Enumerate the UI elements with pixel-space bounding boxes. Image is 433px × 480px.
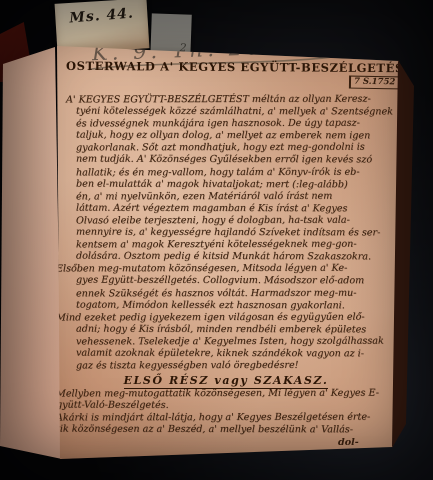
page-title: OSTERWALD A' KEGYES EGYÜTT-BESZÉLGETÉSRŐ… (66, 59, 396, 75)
page-number: 1. (364, 43, 374, 54)
body-line: én, a' mi nyelvünkön, ezen Matériáról va… (76, 190, 396, 203)
body-text: A' KEGYES EGYÜTT-BESZÉLGETÉST méltán az … (56, 94, 396, 448)
manuscript-page: K. 9. Th. 26a 1. OSTERWALD A' KEGYES EGY… (0, 0, 433, 480)
body-line: láttam. Azért végeztem magamban é Kis ír… (76, 202, 396, 215)
body-line: A' KEGYES EGYÜTT-BESZÉLGETÉST méltán az … (66, 94, 396, 107)
accession-stamp: 7 S.1752 (349, 76, 400, 90)
catchword: dol- (338, 437, 396, 448)
body-line: valamit azoknak épületekre, kiknek szánd… (76, 348, 396, 361)
manuscript-photo: Ms. 44. 2 K. 9. Th. 26a 1. OSTERWALD A' … (0, 0, 433, 480)
body-line: togatom, Mimódon kellessék ezt hasznosan… (76, 299, 396, 312)
body-line: vehessenek. Tselekedje a' Kegyelmes Iste… (76, 335, 396, 348)
shelfmark-text: Ms. 44. (69, 6, 135, 27)
body-line: Olvasó eleibe terjeszteni, hogy é dologb… (76, 215, 396, 228)
body-line: hallatik; és én meg-vallom, hogy talám a… (76, 166, 396, 179)
body-line: tyéni kötelességek közzé számlálhatni, a… (76, 106, 396, 119)
body-line: adni; hogy é Kis írásból, minden rendbél… (76, 323, 396, 336)
shelfmark-label: Ms. 44. (55, 0, 150, 54)
section-heading: ELSŐ RÉSZ vagy SZAKASZ. (56, 374, 396, 387)
body-line: mennyire is, a' kegyességre hajlandó Szí… (76, 227, 396, 240)
body-line: ennek Szükségét és hasznos vóltát. Harma… (76, 287, 396, 300)
body-line: Mind ezeket pedig igyekezem igen világos… (56, 311, 396, 324)
body-line: gyes Együtt-beszéllgetés. Collogvium. Má… (76, 275, 396, 288)
body-line: tik közönségesen az a' Beszéd, a' mellye… (56, 424, 396, 437)
body-line: kentsem a' magok Keresztyéni kötelessége… (76, 239, 396, 252)
body-line: gaz és tiszta kegyességben való öregbedé… (76, 360, 396, 373)
body-line: nem tudják. A' Közönséges Gyűlésekben er… (76, 154, 396, 167)
body-line: ben el-mulatták a' magok hivataljokat; m… (76, 178, 396, 191)
